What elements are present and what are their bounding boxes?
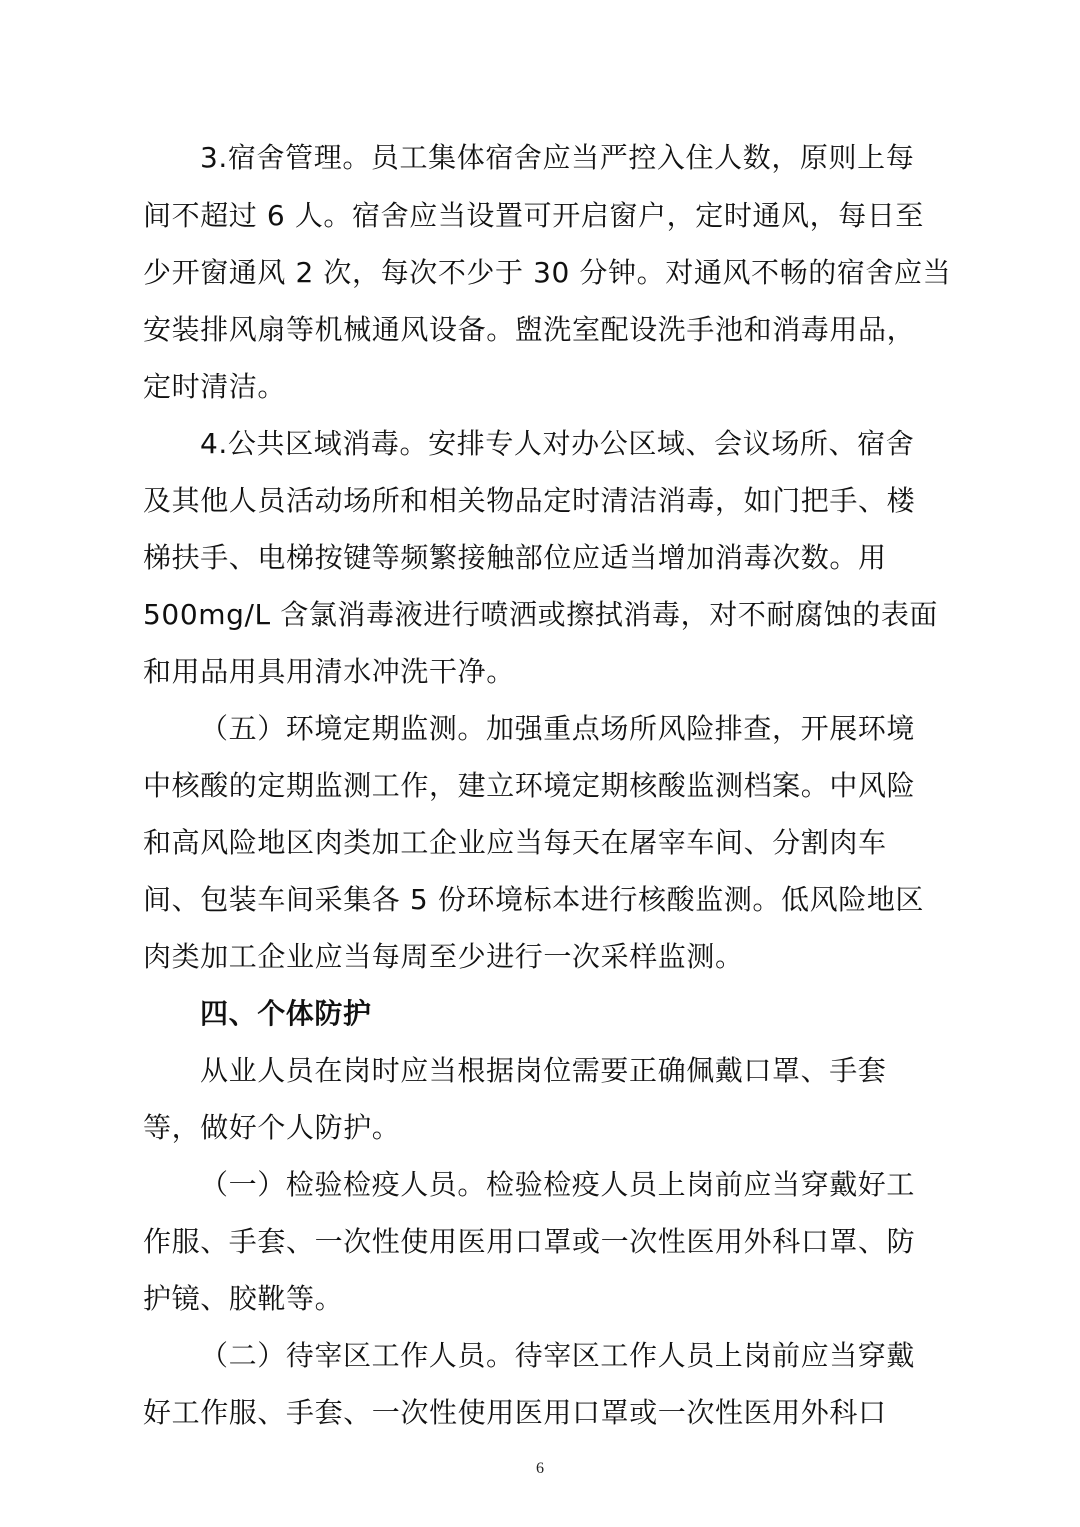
paragraph-line: 从业人员在岗时应当根据岗位需要正确佩戴口罩、手套 bbox=[200, 1053, 1000, 1089]
paragraph-line: 4.公共区域消毒。安排专人对办公区域、会议场所、宿舍 bbox=[200, 426, 1000, 462]
paragraph-line: 间、包装车间采集各 5 份环境标本进行核酸监测。低风险地区 bbox=[143, 882, 943, 918]
paragraph-line: （二）待宰区工作人员。待宰区工作人员上岗前应当穿戴 bbox=[200, 1338, 1000, 1374]
paragraph-line: 护镜、胶靴等。 bbox=[143, 1281, 943, 1317]
paragraph-line: 少开窗通风 2 次，每次不少于 30 分钟。对通风不畅的宿舍应当 bbox=[143, 255, 943, 291]
paragraph-line: 梯扶手、电梯按键等频繁接触部位应适当增加消毒次数。用 bbox=[143, 540, 943, 576]
paragraph-line: （五）环境定期监测。加强重点场所风险排查，开展环境 bbox=[200, 711, 1000, 747]
paragraph-line: 和高风险地区肉类加工企业应当每天在屠宰车间、分割肉车 bbox=[143, 825, 943, 861]
paragraph-line: 中核酸的定期监测工作，建立环境定期核酸监测档案。中风险 bbox=[143, 768, 943, 804]
paragraph-line: 好工作服、手套、一次性使用医用口罩或一次性医用外科口 bbox=[143, 1395, 943, 1431]
paragraph-line: 500mg/L 含氯消毒液进行喷洒或擦拭消毒，对不耐腐蚀的表面 bbox=[143, 597, 943, 633]
paragraph-line: 作服、手套、一次性使用医用口罩或一次性医用外科口罩、防 bbox=[143, 1224, 943, 1260]
paragraph-line: 和用品用具用清水冲洗干净。 bbox=[143, 654, 943, 690]
paragraph-line: 等，做好个人防护。 bbox=[143, 1110, 943, 1146]
paragraph-line: 肉类加工企业应当每周至少进行一次采样监测。 bbox=[143, 939, 943, 975]
paragraph-line: 3.宿舍管理。员工集体宿舍应当严控入住人数，原则上每 bbox=[200, 140, 1000, 176]
paragraph-line: 定时清洁。 bbox=[143, 369, 943, 405]
page-number: 6 bbox=[0, 1460, 1080, 1478]
paragraph-line: 安装排风扇等机械通风设备。盥洗室配设洗手池和消毒用品， bbox=[143, 312, 943, 348]
paragraph-line: （一）检验检疫人员。检验检疫人员上岗前应当穿戴好工 bbox=[200, 1167, 1000, 1203]
section-heading: 四、个体防护 bbox=[200, 996, 1000, 1032]
paragraph-line: 及其他人员活动场所和相关物品定时清洁消毒，如门把手、楼 bbox=[143, 483, 943, 519]
document-page: 3.宿舍管理。员工集体宿舍应当严控入住人数，原则上每 间不超过 6 人。宿舍应当… bbox=[0, 0, 1080, 1527]
paragraph-line: 间不超过 6 人。宿舍应当设置可开启窗户，定时通风，每日至 bbox=[143, 198, 943, 234]
